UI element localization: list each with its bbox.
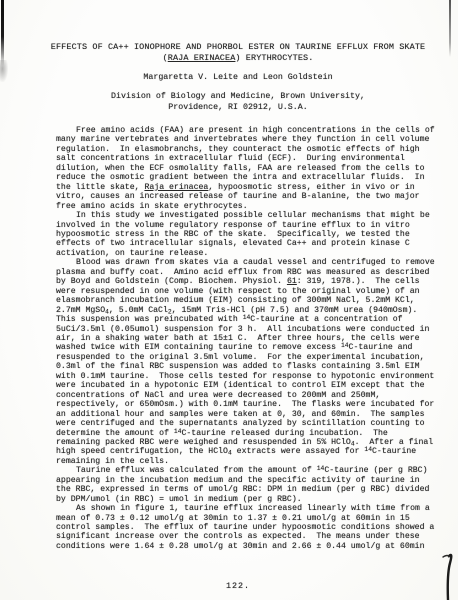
scanned-page: EFFECTS OF CA++ IONOPHORE AND PHORBOL ES… — [0, 0, 458, 600]
page-number: 122. — [50, 581, 426, 591]
abstract-paragraph-3: Blood was drawn from skates via a caudal… — [56, 258, 436, 466]
abstract-paragraph-5: As shown in figure 1, taurine efflux inc… — [56, 504, 436, 551]
scan-artifact-right-edge — [449, 0, 451, 57]
abstract-paragraph-1: Free amino acids (FAA) are present in hi… — [56, 126, 436, 211]
affiliation-line-2: Providence, RI 02912, U.S.A. — [50, 103, 426, 114]
scan-artifact-left-edge — [1, 0, 4, 66]
paper-authors: Margaretta V. Leite and Leon Goldstein — [50, 73, 426, 82]
abstract-paragraph-2: In this study we investigated possible c… — [56, 211, 436, 258]
affiliation-line-1: Division of Biology and Medicine, Brown … — [50, 92, 426, 103]
abstract-paragraph-4: Taurine efflux was calculated from the a… — [56, 466, 436, 504]
scan-artifact-bottom-right-curve — [430, 550, 456, 600]
scan-artifact-left-smudge — [0, 60, 8, 82]
paper-title: EFFECTS OF CA++ IONOPHORE AND PHORBOL ES… — [50, 42, 426, 63]
paper-affiliation: Division of Biology and Medicine, Brown … — [50, 92, 426, 113]
abstract-body: Free amino acids (FAA) are present in hi… — [56, 126, 436, 551]
